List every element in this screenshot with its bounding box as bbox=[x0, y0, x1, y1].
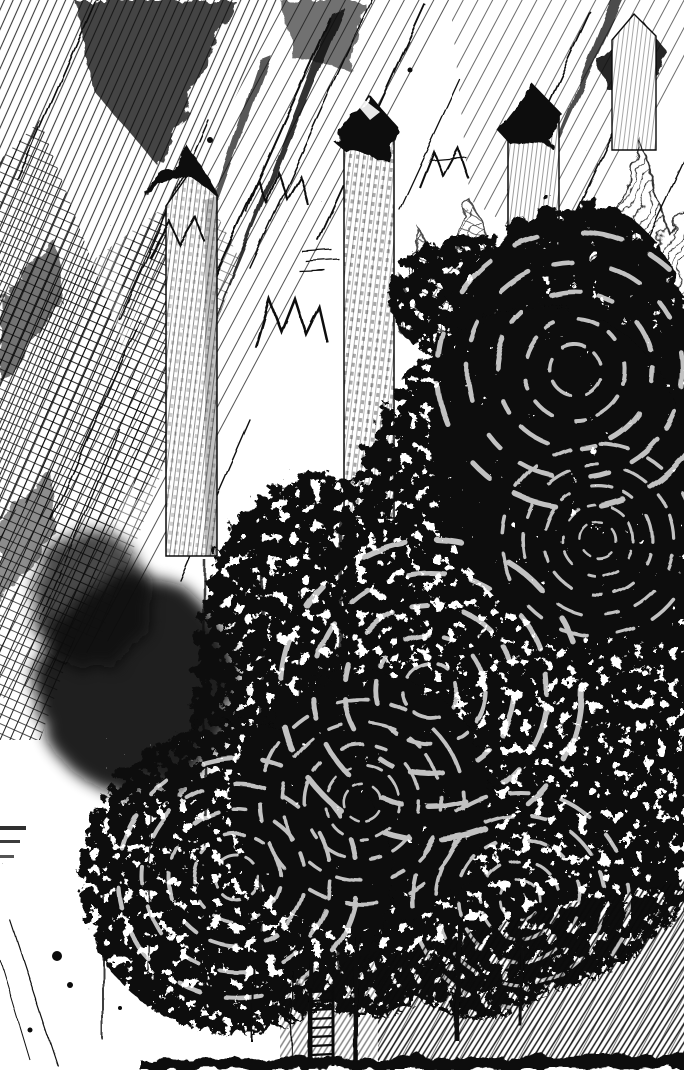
explosion-artwork: Black-and-white ink manga page: enormous… bbox=[0, 0, 690, 1077]
soft-smoke-blob-small bbox=[30, 530, 150, 670]
manga-page: Black-and-white ink manga page: enormous… bbox=[0, 0, 690, 1077]
